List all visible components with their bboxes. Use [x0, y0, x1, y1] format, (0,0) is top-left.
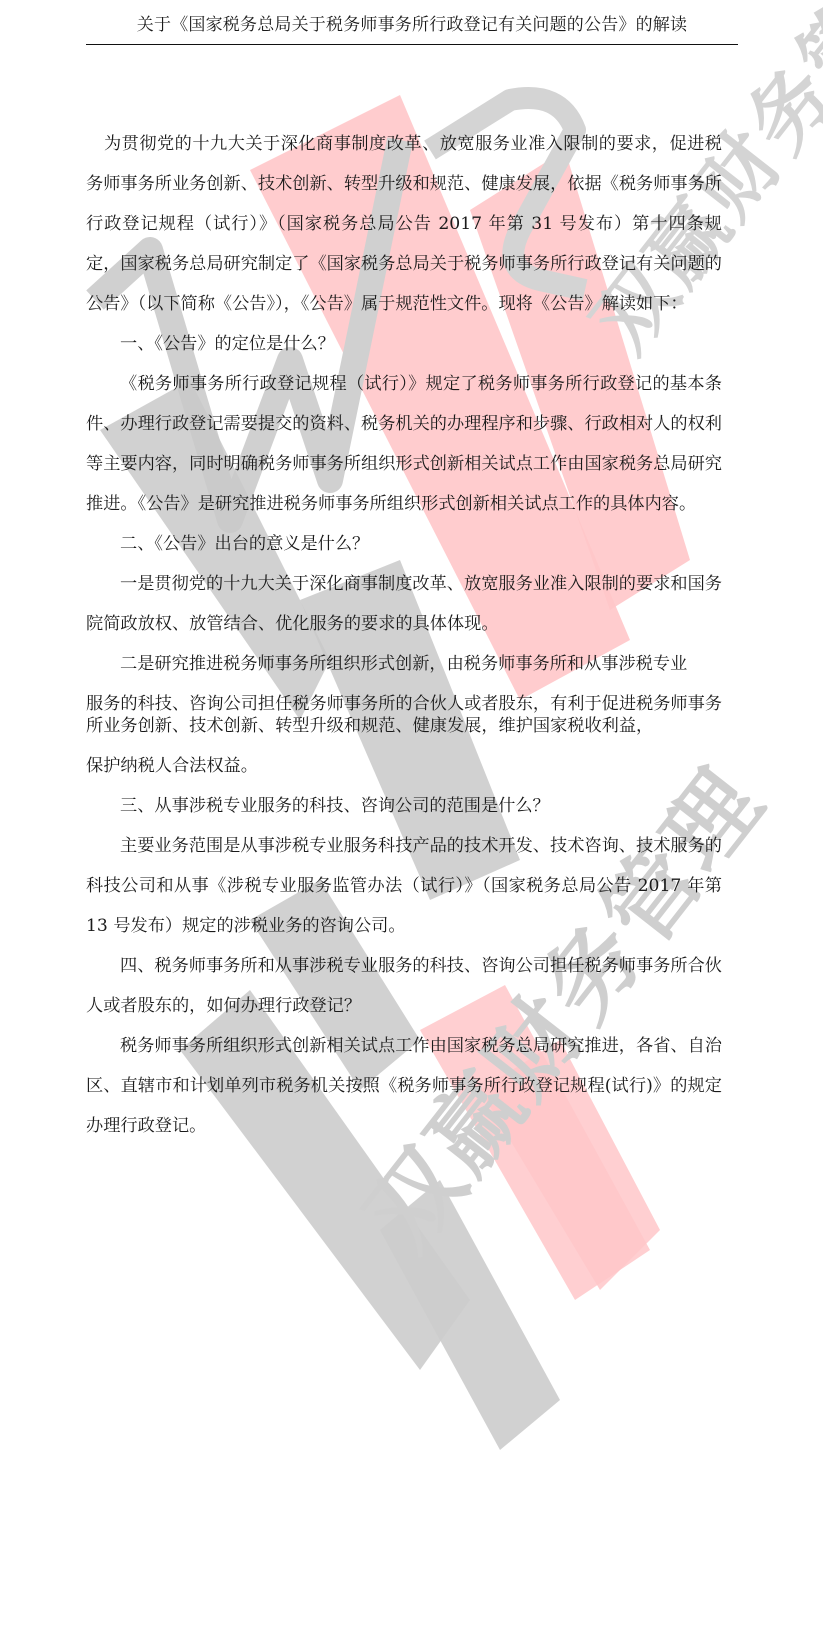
section-heading-4: 四、税务师事务所和从事涉税专业服务的科技、咨询公司担任税务师事务所合伙人或者股东…: [86, 946, 722, 1026]
section-heading-1: 一、《公告》的定位是什么？: [86, 324, 722, 364]
section-body-2a: 一是贯彻党的十九大关于深化商事制度改革、放宽服务业准入限制的要求和国务院简政放权…: [86, 564, 722, 644]
section-body-3: 主要业务范围是从事涉税专业服务科技产品的技术开发、技术咨询、技术服务的科技公司和…: [86, 826, 722, 946]
section-body-4: 税务师事务所组织形式创新相关试点工作由国家税务总局研究推进，各省、自治区、直辖市…: [86, 1026, 722, 1146]
intro-paragraph: 为贯彻党的十九大关于深化商事制度改革、放宽服务业准入限制的要求，促进税务师事务所…: [86, 124, 722, 324]
section-body-1: 《税务师事务所行政登记规程（试行）》规定了税务师事务所行政登记的基本条件、办理行…: [86, 364, 722, 524]
section-body-2b-tail: 保护纳税人合法权益。: [86, 746, 722, 786]
section-body-2b-mid: 服务的科技、咨询公司担任税务师事务所的合伙人或者股东，有利于促进税务师事务所业务…: [86, 693, 722, 737]
section-heading-3: 三、从事涉税专业服务的科技、咨询公司的范围是什么？: [86, 786, 722, 826]
section-heading-2: 二、《公告》出台的意义是什么？: [86, 524, 722, 564]
document-header: 关于《国家税务总局关于税务师事务所行政登记有关问题的公告》的解读: [86, 8, 738, 45]
document-title: 关于《国家税务总局关于税务师事务所行政登记有关问题的公告》的解读: [137, 8, 687, 42]
document-body: 为贯彻党的十九大关于深化商事制度改革、放宽服务业准入限制的要求，促进税务师事务所…: [86, 124, 722, 1146]
document-page: 关于《国家税务总局关于税务师事务所行政登记有关问题的公告》的解读 为贯彻党的十九…: [0, 0, 823, 1627]
section-body-2b-lead: 二是研究推进税务师事务所组织形式创新，由税务师事务所和从事涉税专业: [86, 644, 722, 684]
